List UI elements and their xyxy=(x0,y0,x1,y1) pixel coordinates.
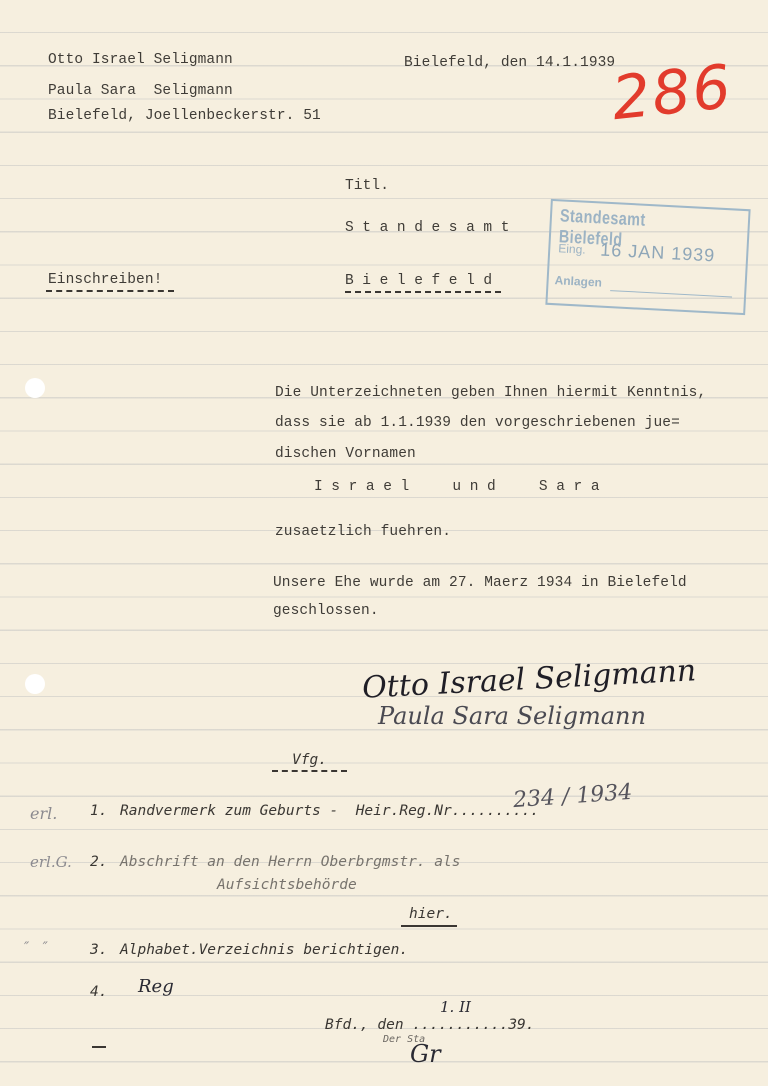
sender-name-1: Otto Israel Seligmann xyxy=(48,52,233,68)
body-names: Israel und Sara xyxy=(314,479,608,495)
order-item-3-num: 3. xyxy=(90,942,107,958)
sender-name-2: Paula Sara Seligmann xyxy=(48,83,233,99)
order-heading: Vfg. xyxy=(272,752,347,772)
closing-place-date: Bfd., den ...........39. xyxy=(325,1017,535,1033)
recipient-office: Standesamt xyxy=(345,220,518,236)
signature-otto: Otto Israel Seligmann xyxy=(361,653,697,705)
body-line-4: zusaetzlich fuehren. xyxy=(275,524,451,540)
margin-note-3: ″ ″ xyxy=(24,940,48,956)
signature-paula: Paula Sara Seligmann xyxy=(378,702,646,730)
body-marriage-line-2: geschlossen. xyxy=(273,603,379,619)
order-item-1-text: Randvermerk zum Geburts - Heir.Reg.Nr...… xyxy=(120,803,539,819)
order-item-4-num: 4. xyxy=(90,984,107,1000)
body-marriage-line-1: Unsere Ehe wurde am 27. Maerz 1934 in Bi… xyxy=(273,575,687,591)
closing-initial: Gr xyxy=(410,1040,441,1068)
order-item-1-num: 1. xyxy=(90,803,107,819)
registered-mail-label: Einschreiben! xyxy=(46,272,174,292)
margin-note-1: erl. xyxy=(30,804,57,823)
order-item-2-text3: hier. xyxy=(401,906,457,927)
stamp-attachments-label: Anlagen xyxy=(554,273,602,289)
stamp-attachments-line xyxy=(610,290,732,297)
body-line-2: dass sie ab 1.1.1939 den vorgeschriebene… xyxy=(275,415,680,431)
stamp-received-label: Eing. xyxy=(558,241,586,256)
recipient-salutation: Titl. xyxy=(345,178,389,194)
order-item-3-text: Alphabet.Verzeichnis berichtigen. xyxy=(120,942,408,958)
order-item-1-handwritten: 234 / 1934 xyxy=(512,780,633,813)
recipient-city: Bielefeld xyxy=(345,273,501,293)
order-item-2-text2: Aufsichtsbehörde xyxy=(217,877,357,893)
margin-note-2: erl.G. xyxy=(30,853,72,871)
document-page: Otto Israel Seligmann Paula Sara Seligma… xyxy=(0,0,768,1086)
punch-hole-bottom xyxy=(25,674,45,694)
closing-date-handwritten: 1. II xyxy=(440,998,471,1016)
punch-hole-top xyxy=(25,378,45,398)
place-date: Bielefeld, den 14.1.1939 xyxy=(404,55,615,71)
body-line-3: dischen Vornamen xyxy=(275,446,416,462)
order-item-4-handwritten: Reg xyxy=(138,976,174,997)
sender-address: Bielefeld, Joellenbeckerstr. 51 xyxy=(48,108,321,124)
small-mark xyxy=(92,1046,106,1048)
body-line-1: Die Unterzeichneten geben Ihnen hiermit … xyxy=(275,385,706,401)
order-item-2-text: Abschrift an den Herrn Oberbrgmstr. als xyxy=(120,854,460,870)
order-item-2-num: 2. xyxy=(90,854,107,870)
red-reference-number: 286 xyxy=(609,52,736,134)
received-stamp: Standesamt Bielefeld Eing. 16 JAN 1939 A… xyxy=(545,199,750,315)
